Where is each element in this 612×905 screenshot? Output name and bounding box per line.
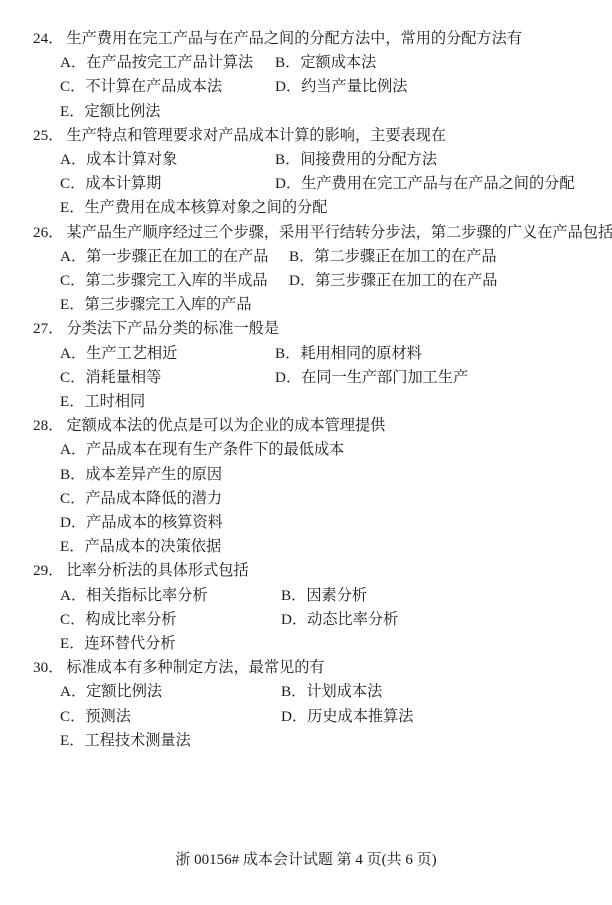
- option-row: D．产品成本的核算资料: [0, 511, 612, 535]
- question-number: 27．: [33, 317, 63, 341]
- question-28: 28．定额成本法的优点是可以为企业的成本管理提供A．产品成本在现有生产条件下的最…: [0, 414, 612, 559]
- question-stem: 某产品生产顺序经过三个步骤，采用平行结转分步法，第二步骤的广义在产品包括: [66, 221, 612, 245]
- question-24: 24．生产费用在完工产品与在产品之间的分配方法中，常用的分配方法有A．在产品按完…: [0, 27, 612, 124]
- option-25-B: B．间接费用的分配方法: [275, 148, 437, 172]
- option-28-C: C．产品成本降低的潜力: [60, 487, 222, 511]
- question-26: 26．某产品生产顺序经过三个步骤，采用平行结转分步法，第二步骤的广义在产品包括A…: [0, 221, 612, 318]
- option-25-C: C．成本计算期: [60, 172, 275, 196]
- option-26-E: E．第三步骤完工入库的产品: [60, 293, 252, 317]
- option-25-A: A．成本计算对象: [60, 148, 275, 172]
- option-25-E: E．生产费用在成本核算对象之间的分配: [60, 196, 327, 220]
- option-row: E．第三步骤完工入库的产品: [0, 293, 612, 317]
- option-24-A: A．在产品按完工产品计算法: [60, 51, 275, 75]
- option-row: A．产品成本在现有生产条件下的最低成本: [0, 438, 612, 462]
- option-28-D: D．产品成本的核算资料: [60, 511, 223, 535]
- question-number: 30．: [33, 656, 63, 680]
- option-row: E．工程技术测量法: [0, 729, 612, 753]
- option-26-D: D．第三步骤正在加工的在产品: [289, 269, 497, 293]
- question-30-stem-row: 30．标准成本有多种制定方法，最常见的有: [0, 656, 612, 680]
- question-stem: 标准成本有多种制定方法，最常见的有: [66, 656, 324, 680]
- option-30-B: B．计划成本法: [281, 680, 382, 704]
- question-number: 25．: [33, 124, 63, 148]
- question-stem: 定额成本法的优点是可以为企业的成本管理提供: [66, 414, 385, 438]
- question-stem: 生产特点和管理要求对产品成本计算的影响，主要表现在: [66, 124, 446, 148]
- option-row: A．定额比例法B．计划成本法: [0, 680, 612, 704]
- option-row: A．生产工艺相近B．耗用相同的原材料: [0, 342, 612, 366]
- option-row: A．成本计算对象B．间接费用的分配方法: [0, 148, 612, 172]
- option-row: E．生产费用在成本核算对象之间的分配: [0, 196, 612, 220]
- question-26-stem-row: 26．某产品生产顺序经过三个步骤，采用平行结转分步法，第二步骤的广义在产品包括: [0, 221, 612, 245]
- option-26-B: B．第二步骤正在加工的在产品: [289, 245, 497, 269]
- footer-text: 浙 00156# 成本会计试题 第 4 页(共 6 页): [175, 852, 436, 868]
- option-row: A．相关指标比率分析B．因素分析: [0, 584, 612, 608]
- option-27-B: B．耗用相同的原材料: [275, 342, 422, 366]
- option-row: C．不计算在产品成本法D．约当产量比例法: [0, 75, 612, 99]
- option-row: A．在产品按完工产品计算法B．定额成本法: [0, 51, 612, 75]
- exam-page: 24．生产费用在完工产品与在产品之间的分配方法中，常用的分配方法有A．在产品按完…: [0, 0, 612, 905]
- option-30-A: A．定额比例法: [60, 680, 281, 704]
- option-row: C．成本计算期D．生产费用在完工产品与在产品之间的分配: [0, 172, 612, 196]
- option-row: E．产品成本的决策依据: [0, 535, 612, 559]
- option-row: C．第二步骤完工入库的半成品D．第三步骤正在加工的在产品: [0, 269, 612, 293]
- option-row: E．工时相同: [0, 390, 612, 414]
- option-27-C: C．消耗量相等: [60, 366, 275, 390]
- option-27-D: D．在同一生产部门加工生产: [275, 366, 468, 390]
- question-number: 24．: [33, 27, 63, 51]
- question-number: 28．: [33, 414, 63, 438]
- question-stem: 比率分析法的具体形式包括: [66, 559, 248, 583]
- question-28-stem-row: 28．定额成本法的优点是可以为企业的成本管理提供: [0, 414, 612, 438]
- option-row: B．成本差异产生的原因: [0, 463, 612, 487]
- option-row: C．构成比率分析D．动态比率分析: [0, 608, 612, 632]
- option-24-C: C．不计算在产品成本法: [60, 75, 275, 99]
- option-24-E: E．定额比例法: [60, 100, 160, 124]
- option-29-A: A．相关指标比率分析: [60, 584, 281, 608]
- question-27-stem-row: 27．分类法下产品分类的标准一般是: [0, 317, 612, 341]
- option-24-B: B．定额成本法: [275, 51, 376, 75]
- option-29-B: B．因素分析: [281, 584, 367, 608]
- option-27-A: A．生产工艺相近: [60, 342, 275, 366]
- question-25-stem-row: 25．生产特点和管理要求对产品成本计算的影响，主要表现在: [0, 124, 612, 148]
- question-29-stem-row: 29．比率分析法的具体形式包括: [0, 559, 612, 583]
- option-30-C: C．预测法: [60, 705, 281, 729]
- question-number: 26．: [33, 221, 63, 245]
- option-24-D: D．约当产量比例法: [275, 75, 407, 99]
- option-29-E: E．连环替代分析: [60, 632, 176, 656]
- question-stem: 分类法下产品分类的标准一般是: [66, 317, 279, 341]
- option-row: E．连环替代分析: [0, 632, 612, 656]
- option-28-E: E．产品成本的决策依据: [60, 535, 221, 559]
- option-29-D: D．动态比率分析: [281, 608, 398, 632]
- question-30: 30．标准成本有多种制定方法，最常见的有A．定额比例法B．计划成本法C．预测法D…: [0, 656, 612, 753]
- question-number: 29．: [33, 559, 63, 583]
- option-row: C．预测法D．历史成本推算法: [0, 705, 612, 729]
- question-25: 25．生产特点和管理要求对产品成本计算的影响，主要表现在A．成本计算对象B．间接…: [0, 124, 612, 221]
- option-28-A: A．产品成本在现有生产条件下的最低成本: [60, 438, 344, 462]
- option-28-B: B．成本差异产生的原因: [60, 463, 222, 487]
- questions-list: 24．生产费用在完工产品与在产品之间的分配方法中，常用的分配方法有A．在产品按完…: [0, 27, 612, 753]
- option-29-C: C．构成比率分析: [60, 608, 281, 632]
- option-row: C．消耗量相等D．在同一生产部门加工生产: [0, 366, 612, 390]
- option-27-E: E．工时相同: [60, 390, 145, 414]
- option-25-D: D．生产费用在完工产品与在产品之间的分配: [275, 172, 575, 196]
- option-row: A．第一步骤正在加工的在产品B．第二步骤正在加工的在产品: [0, 245, 612, 269]
- option-row: E．定额比例法: [0, 100, 612, 124]
- question-27: 27．分类法下产品分类的标准一般是A．生产工艺相近B．耗用相同的原材料C．消耗量…: [0, 317, 612, 414]
- option-26-C: C．第二步骤完工入库的半成品: [60, 269, 289, 293]
- option-30-D: D．历史成本推算法: [281, 705, 413, 729]
- option-26-A: A．第一步骤正在加工的在产品: [60, 245, 289, 269]
- question-24-stem-row: 24．生产费用在完工产品与在产品之间的分配方法中，常用的分配方法有: [0, 27, 612, 51]
- option-row: C．产品成本降低的潜力: [0, 487, 612, 511]
- page-footer: 浙 00156# 成本会计试题 第 4 页(共 6 页): [0, 850, 612, 870]
- question-29: 29．比率分析法的具体形式包括A．相关指标比率分析B．因素分析C．构成比率分析D…: [0, 559, 612, 656]
- question-stem: 生产费用在完工产品与在产品之间的分配方法中，常用的分配方法有: [66, 27, 522, 51]
- option-30-E: E．工程技术测量法: [60, 729, 191, 753]
